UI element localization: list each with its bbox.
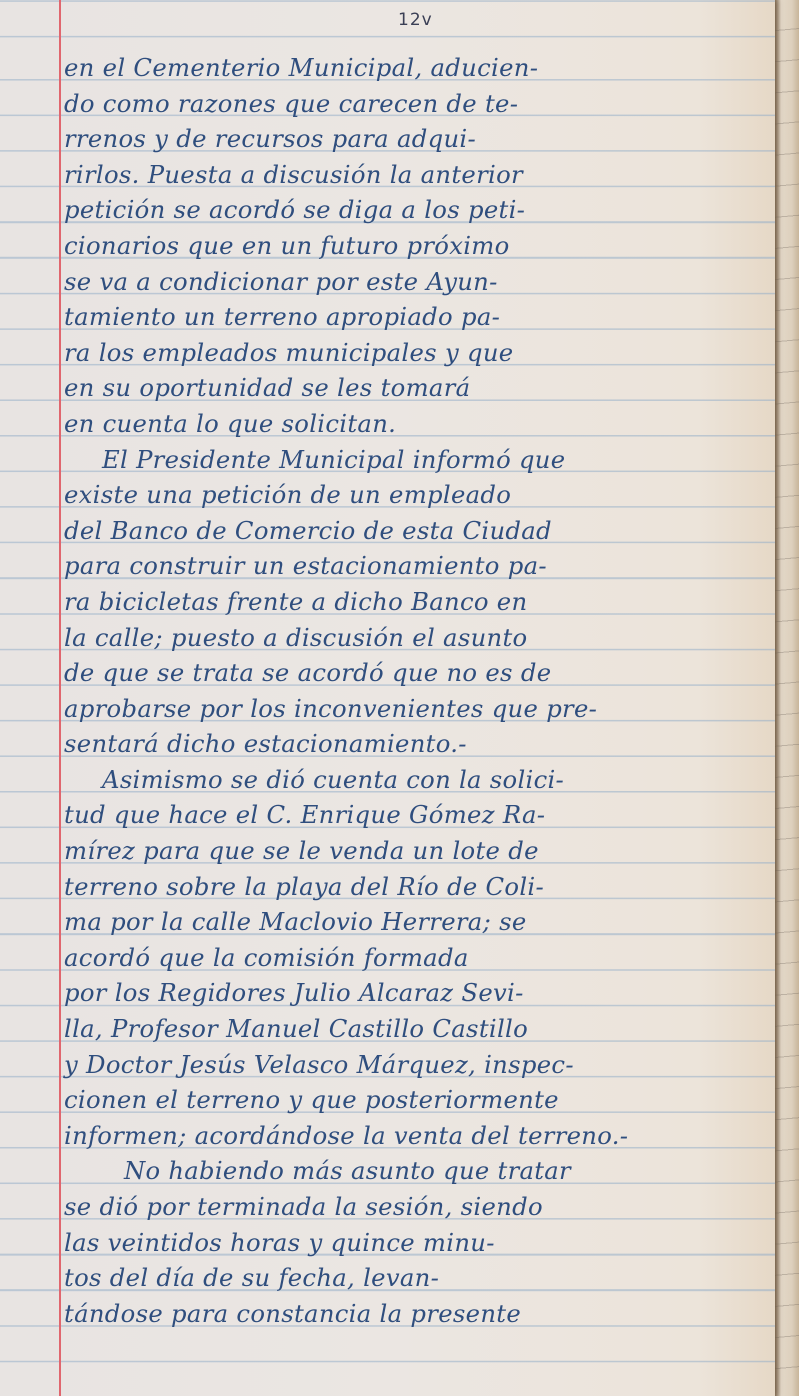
ledger-page: 12v en el Cementerio Municipal, aducien-… xyxy=(0,0,775,1396)
handwritten-line: por los Regidores Julio Alcaraz Sevi- xyxy=(64,975,784,1011)
handwritten-line: tud que hace el C. Enrique Gómez Ra- xyxy=(64,797,784,833)
handwritten-line: Asimismo se dió cuenta con la solici- xyxy=(64,762,784,798)
handwritten-line: terreno sobre la playa del Río de Coli- xyxy=(64,869,784,905)
handwritten-line: en el Cementerio Municipal, aducien- xyxy=(64,50,784,86)
handwritten-line: ra bicicletas frente a dicho Banco en xyxy=(64,584,784,620)
handwritten-line: de que se trata se acordó que no es de xyxy=(64,655,784,691)
handwritten-line: en cuenta lo que solicitan. xyxy=(64,406,784,442)
folio-number: 12v xyxy=(398,10,433,30)
handwritten-line: acordó que la comisión formada xyxy=(64,940,784,976)
handwritten-line: mírez para que se le venda un lote de xyxy=(64,833,784,869)
handwritten-line: tos del día de su fecha, levan- xyxy=(64,1260,784,1296)
handwritten-line: la calle; puesto a discusión el asunto xyxy=(64,620,784,656)
handwritten-line: do como razones que carecen de te- xyxy=(64,86,784,122)
handwritten-line: rirlos. Puesta a discusión la anterior xyxy=(64,157,784,193)
handwritten-line: cionarios que en un futuro próximo xyxy=(64,228,784,264)
handwritten-line: El Presidente Municipal informó que xyxy=(64,442,784,478)
handwritten-line: lla, Profesor Manuel Castillo Castillo xyxy=(64,1011,784,1047)
handwritten-line: del Banco de Comercio de esta Ciudad xyxy=(64,513,784,549)
handwritten-line: tamiento un terreno apropiado pa- xyxy=(64,299,784,335)
handwritten-line: rrenos y de recursos para adqui- xyxy=(64,121,784,157)
handwritten-line: en su oportunidad se les tomará xyxy=(64,370,784,406)
handwritten-line: tándose para constancia la presente xyxy=(64,1296,784,1332)
handwritten-text-block: en el Cementerio Municipal, aducien-do c… xyxy=(64,50,784,1331)
handwritten-line: cionen el terreno y que posteriormente xyxy=(64,1082,784,1118)
handwritten-line: informen; acordándose la venta del terre… xyxy=(64,1118,784,1154)
handwritten-line: No habiendo más asunto que tratar xyxy=(64,1153,784,1189)
notebook-photo: 12v en el Cementerio Municipal, aducien-… xyxy=(0,0,799,1396)
handwritten-line: petición se acordó se diga a los peti- xyxy=(64,192,784,228)
handwritten-line: ma por la calle Maclovio Herrera; se xyxy=(64,904,784,940)
red-margin-line xyxy=(59,0,61,1396)
handwritten-line: se va a condicionar por este Ayun- xyxy=(64,264,784,300)
handwritten-line: las veintidos horas y quince minu- xyxy=(64,1225,784,1261)
handwritten-line: se dió por terminada la sesión, siendo xyxy=(64,1189,784,1225)
handwritten-line: sentará dicho estacionamiento.- xyxy=(64,726,784,762)
handwritten-line: y Doctor Jesús Velasco Márquez, inspec- xyxy=(64,1047,784,1083)
handwritten-line: ra los empleados municipales y que xyxy=(64,335,784,371)
handwritten-line: existe una petición de un empleado xyxy=(64,477,784,513)
handwritten-line: aprobarse por los inconvenientes que pre… xyxy=(64,691,784,727)
handwritten-line: para construir un estacionamiento pa- xyxy=(64,548,784,584)
